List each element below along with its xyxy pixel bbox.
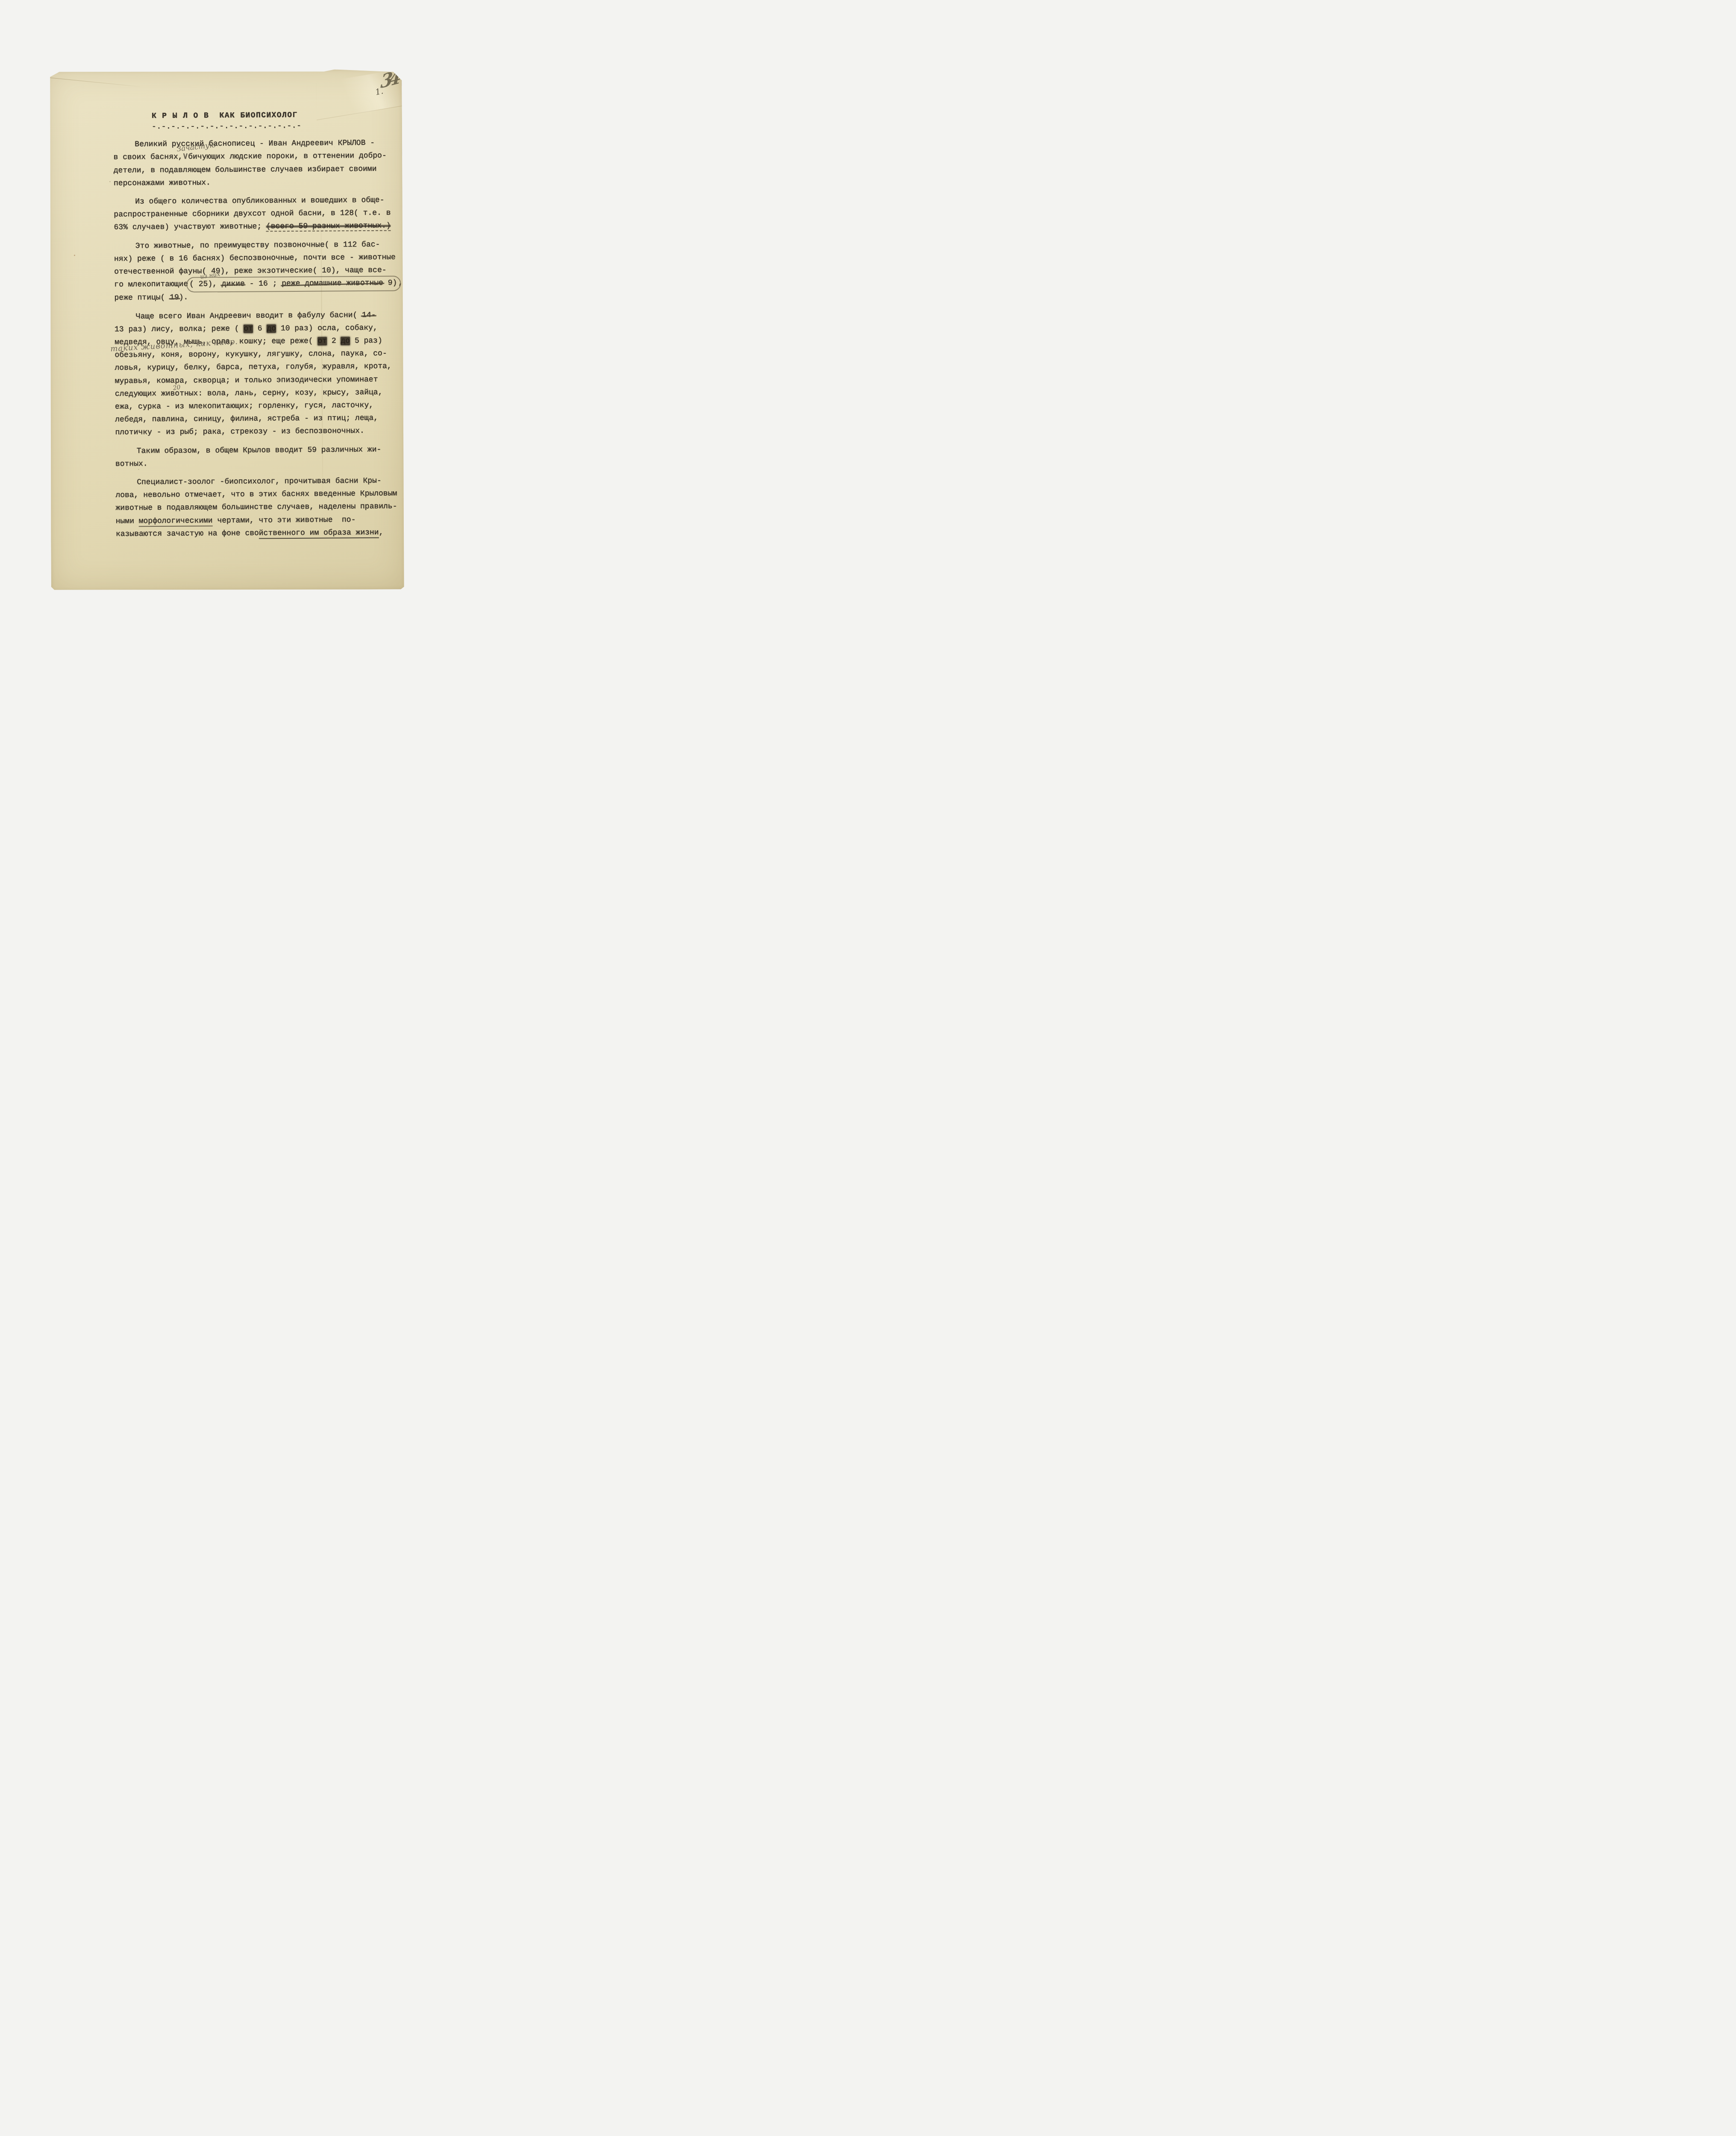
typed-text: казываются зачастую на фоне сво — [116, 529, 259, 538]
typed-line: казываются зачастую на фоне свойственног… — [116, 526, 398, 540]
ink-blot-text: от — [244, 324, 253, 333]
typed-text: Из общего количества опубликованных и во… — [135, 196, 384, 206]
typed-text: следующих — [115, 390, 161, 399]
insertion-caret: ∨Зачастую — [182, 152, 188, 162]
page-marks: 1.34 — [48, 69, 402, 71]
struck-circled-text: (всего 59 разных животных.) — [266, 222, 391, 232]
paragraph: Специалист-зоолог -биопсихолог, прочитыв… — [115, 475, 398, 541]
typed-line: Чаще всего Иван Андреевич вводит в фабул… — [115, 308, 397, 323]
typed-line: го млекопитающие( 25), дикие - 16 ; реже… — [114, 277, 396, 292]
typed-text: Это животные, по преимуществу позвоночны… — [135, 240, 380, 250]
typed-text: - 16 ; — [245, 279, 282, 288]
typed-text: детели, в подавляющем большинстве случае… — [114, 164, 377, 175]
paragraph: Таким образом, в общем Крылов вводит 59 … — [115, 443, 397, 470]
ink-blot-text: от — [317, 337, 327, 346]
typed-text: в своих баснях, — [113, 153, 182, 162]
typed-text: вола, лань, серну, козу, крысу, зайца, — [203, 388, 382, 398]
typed-text: распространенные сборники двухсот одной … — [114, 209, 391, 219]
typed-text: Таким образом, в общем Крылов вводит 59 … — [137, 445, 382, 455]
typed-text: ). — [179, 293, 188, 302]
typed-line: распространенные сборники двухсот одной … — [114, 207, 396, 221]
typed-line: ловья, курицу, белку, барса, петуха, гол… — [115, 360, 397, 375]
strikethrough-text: дикие — [222, 280, 245, 288]
typed-line: Таким образом, в общем Крылов вводит 59 … — [115, 443, 397, 458]
page-title: К Р Ы Л О В КАК БИОПСИХОЛОГ — [152, 109, 395, 123]
typed-line: в своих баснях,∨Зачастуюбичующих людские… — [113, 150, 395, 164]
typed-text: животные в подавляющем большинстве случа… — [115, 502, 397, 513]
typed-line: лова, невольно отмечает, что в этих басн… — [115, 487, 397, 502]
typed-line: 13 раз) лису, волка; реже ( от 6 до 10 р… — [115, 321, 397, 336]
strikethrough-text: 14- — [362, 311, 376, 320]
typed-line: реже птицы( 19). — [114, 290, 396, 305]
typed-text: животных:20 — [161, 389, 203, 398]
typed-line: нях) реже ( в 16 баснях) беспозвоночные,… — [114, 251, 396, 265]
typed-line: 63% случаев) участвуют животные; (всего … — [114, 220, 396, 234]
paper-specks — [48, 71, 49, 73]
typed-text: 5 раз) — [350, 337, 382, 345]
typed-text: морфологическими — [139, 516, 213, 527]
title-block: К Р Ы Л О В КАК БИОПСИХОЛОГ -.-.-.-.-.-.… — [152, 109, 395, 132]
typed-text: муравья, комара, скворца; и только эпизо… — [115, 375, 378, 385]
typed-line: персонажами животных. — [114, 175, 396, 190]
typed-text: обезьянутаких животных, как напр. — [115, 351, 152, 360]
typed-line: Из общего количества опубликованных и во… — [114, 194, 396, 208]
typed-line: Это животные, по преимуществу позвоночны… — [114, 238, 396, 252]
scan-background: { "colors":{"paper":"#e6ddbb","ink":"#3a… — [0, 0, 434, 693]
typed-line: муравья, комара, скворца; и только эпизо… — [115, 373, 397, 387]
typed-text: 13 раз) лису, волка; реже ( — [115, 325, 244, 334]
paragraph: Великий русский баснописец - Иван Андрее… — [113, 137, 396, 190]
typed-text: Специалист-зоолог -биопсихолог, прочитыв… — [137, 477, 382, 487]
typed-text: нях) реже ( в 16 баснях) беспозвоночные,… — [114, 253, 396, 263]
paragraph: Чаще всего Иван Андреевич вводит в фабул… — [115, 308, 397, 439]
typed-text: реже птицы( — [114, 293, 170, 302]
typed-text: отечественной фауны( 49), реже экзотичес… — [114, 266, 386, 276]
typed-text: 6 — [253, 324, 267, 333]
body-text: Великий русский баснописец - Иван Андрее… — [113, 137, 398, 541]
typed-line: Великий русский баснописец - Иван Андрее… — [113, 137, 395, 151]
typed-text: персонажами животных. — [114, 179, 211, 188]
typed-text: лова, невольно отмечает, что в этих басн… — [115, 490, 397, 500]
ink-blot-text: до — [341, 337, 350, 345]
typed-line: детели, в подавляющем большинстве случае… — [114, 162, 396, 177]
typed-text: го млекопитающие — [114, 280, 188, 289]
typed-line: следующих животных:20 вола, лань, серну,… — [115, 386, 397, 400]
typed-document: К Р Ы Л О В КАК БИОПСИХОЛОГ -.-.-.-.-.-.… — [113, 109, 398, 546]
typed-text: 9) — [383, 279, 397, 288]
typed-line: плотичку - из рыб; рака, стрекозу - из б… — [115, 425, 397, 439]
paragraph: Из общего количества опубликованных и во… — [114, 194, 396, 235]
typed-text: чертами, что эти животные по- — [213, 516, 356, 525]
paragraph: Это животные, по преимуществу позвоночны… — [114, 238, 397, 305]
typed-text: лебедя, павлина, синицу, филина, ястреба… — [115, 414, 378, 424]
typed-text: Чаще всего Иван Андреевич вводит в фабул… — [136, 311, 362, 321]
typed-line: вотных. — [115, 456, 397, 470]
typed-line: ежа, сурка - из млекопитающих; горленку,… — [115, 399, 397, 414]
typed-line: Специалист-зоолог -биопсихолог, прочитыв… — [115, 475, 397, 489]
typed-text: плотичку - из рыб; рака, стрекозу - из б… — [115, 427, 364, 437]
typed-text: 10 раз) осла, собаку, — [276, 324, 378, 333]
corner-crease — [46, 77, 144, 88]
strikethrough-text: 19 — [170, 293, 179, 302]
strikethrough-text: реже домашние животные — [282, 279, 383, 288]
typed-text: , — [379, 528, 384, 537]
typed-text: ловья, курицу, белку, барса, петуха, гол… — [115, 362, 391, 373]
typed-text: бичующих людские пороки, в оттенении доб… — [188, 152, 387, 161]
typed-text: вотных. — [115, 460, 148, 468]
typed-text: ежа, сурка - из млекопитающих; горленку,… — [115, 401, 373, 411]
typed-line: обезьянутаких животных, как напр., коня,… — [115, 347, 397, 362]
typed-text: 63% случаев) участвуют животные; — [114, 223, 266, 232]
typed-text: 2 — [327, 337, 341, 345]
corner-scribble: 34 — [380, 66, 398, 92]
typed-text: ными — [116, 517, 139, 525]
typed-line: ными морфологическими чертами, что эти ж… — [116, 513, 398, 528]
typed-text: йственного им образа жизни — [259, 528, 379, 539]
title-underline: -.-.-.-.-.-.-.-.-.-.-.-.-.-.-.- — [152, 121, 395, 131]
ink-blot-text: до — [267, 324, 276, 333]
typed-line: лебедя, павлина, синицу, филина, ястреба… — [115, 412, 397, 426]
typed-line: животные в подавляющем большинстве случа… — [115, 500, 397, 515]
typed-text: Великий русский баснописец - Иван Андрее… — [135, 139, 375, 149]
paper-sheet: К Р Ы Л О В КАК БИОПСИХОЛОГ -.-.-.-.-.-.… — [48, 69, 405, 591]
